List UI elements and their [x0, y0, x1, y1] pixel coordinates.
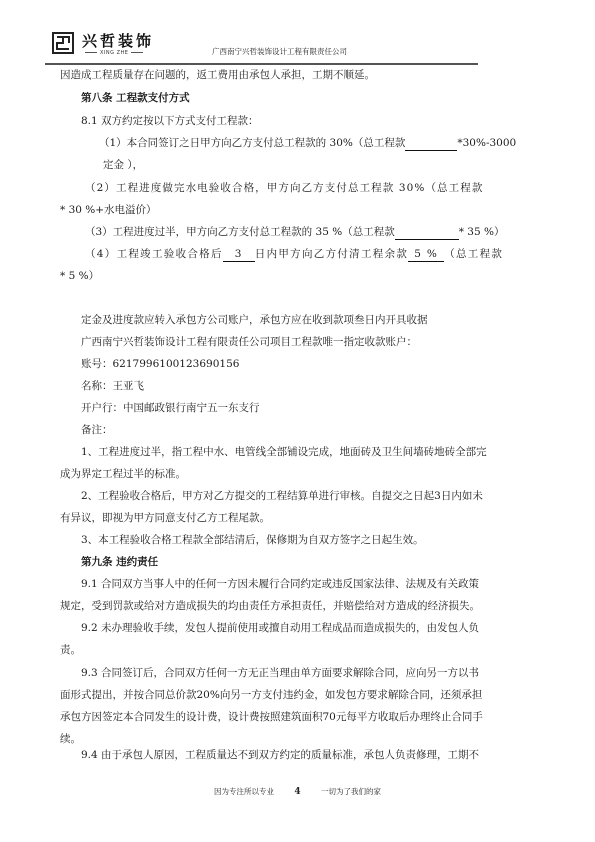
payment-item-3-text: （3）工程进度过半，甲方向乙方支付总工程款的 35 %（总工程款	[85, 226, 395, 238]
body-line: 续。	[60, 732, 81, 746]
payment-item-4-text: （4）工程竣工验收合格后	[85, 248, 223, 260]
payment-item-1: （1）本合同签订之日甲方向乙方支付总工程款的 30%（总工程款 *30%-300…	[99, 136, 516, 151]
clause-9-4: 9.4 由于承包人原因，工程质量达不到双方约定的质量标准，承包人负责修理，工期不	[81, 748, 479, 762]
body-line: * 30 %+水电溢价）	[60, 203, 157, 217]
brand-subtitle: XING ZHE	[82, 50, 146, 56]
account-bank: 开户行：中国邮政银行南宁五一东支行	[81, 401, 260, 415]
payment-item-4: （4）工程竣工验收合格后3日内甲方向乙方付清工程余款5 %（总工程款	[85, 247, 503, 262]
body-line: 责。	[60, 643, 81, 657]
body-line: 面形式提出，并按合同总价款20%向另一方支付违约金，如发包方要求解除合同，还须承…	[60, 688, 482, 702]
amount-blank	[405, 136, 457, 151]
document-header: 兴哲装饰 XING ZHE 广西南宁兴哲装饰设计工程有限责任公司	[52, 30, 478, 62]
section-heading-9: 第九条 违约责任	[81, 555, 158, 569]
page-footer: 因为专注所以专业 4 一切为了我们的家	[0, 786, 595, 797]
percent-value: 5 %	[408, 247, 444, 262]
company-name: 广西南宁兴哲装饰设计工程有限责任公司	[212, 46, 347, 57]
remark-1: 1、工程进度过半，指工程中水、电管线全部铺设完成，地面砖及卫生间墙砖地砖全部完	[81, 445, 487, 459]
payment-item-1-formula: *30%-3000	[457, 137, 516, 149]
body-line: 成为界定工程过半的标准。	[60, 467, 186, 481]
remark-2: 2、工程验收合格后，甲方对乙方提交的工程结算单进行审核。自提交之日起3日内如未	[81, 489, 483, 503]
payment-item-1-text: （1）本合同签订之日甲方向乙方支付总工程款的 30%（总工程款	[99, 137, 405, 149]
brand-name: 兴哲装饰	[82, 30, 154, 51]
header-divider	[45, 63, 478, 65]
body-line: 因造成工程质量存在问题的，返工费用由承包人承担，工期不顺延。	[60, 68, 375, 82]
body-line: 定金 ），	[103, 158, 143, 172]
remark-3: 3、本工程验收合格工程款全部结清后，保修期为自双方签字之日起生效。	[81, 533, 424, 547]
clause-9-3: 9.3 合同签订后，合同双方任何一方无正当理由单方面要求解除合同，应向另一方以书	[81, 666, 479, 680]
footer-slogan-right: 一切为了我们的家	[321, 787, 381, 796]
body-line: 规定，受到罚款或给对方造成损失的均由责任方承担责任，并赔偿给对方造成的经济损失。	[60, 599, 480, 613]
body-line: 定金及进度款应转入承包方公司账户，承包方应在收到款项叁日内开具收据	[81, 313, 428, 327]
account-name: 名称：王亚飞	[81, 379, 144, 393]
days-value: 3	[223, 247, 255, 262]
body-line: 8.1 双方约定按以下方式支付工程款：	[81, 114, 259, 128]
payment-item-3-formula: * 35 %）	[459, 226, 505, 238]
payment-item-4-text2: 日内甲方向乙方付清工程余款	[255, 248, 408, 260]
payment-item-2: （2）工程进度做完水电验收合格，甲方向乙方支付总工程款 30%（总工程款	[85, 181, 483, 195]
remarks-label: 备注：	[81, 423, 113, 437]
body-line: 有异议，即视为甲方同意支付乙方工程尾款。	[60, 511, 270, 525]
account-number: 账号：6217996100123690156	[81, 357, 239, 371]
payment-item-4-text3: （总工程款	[444, 248, 503, 260]
page-number: 4	[294, 787, 300, 797]
footer-slogan-left: 因为专注所以专业	[214, 787, 274, 796]
section-heading-8: 第八条 工程款支付方式	[81, 91, 190, 105]
body-line: 广西南宁兴哲装饰设计工程有限责任公司项目工程款唯一指定收款账户：	[81, 335, 417, 349]
clause-9-1: 9.1 合同双方当事人中的任何一方因未履行合同约定或违反国家法律、法规及有关政策	[81, 577, 479, 591]
body-line: 承包方因签定本合同发生的设计费，设计费按照建筑面积70元每平方收取后办理终止合同…	[60, 710, 483, 724]
clause-9-2: 9.2 未办理验收手续，发包人提前使用或擅自动用工程成品而造成损失的，由发包人负	[81, 621, 479, 635]
amount-blank	[395, 225, 459, 240]
company-logo-icon	[52, 32, 74, 54]
body-line: * 5 %）	[60, 269, 99, 283]
payment-item-3: （3）工程进度过半，甲方向乙方支付总工程款的 35 %（总工程款 * 35 %）	[85, 225, 504, 240]
